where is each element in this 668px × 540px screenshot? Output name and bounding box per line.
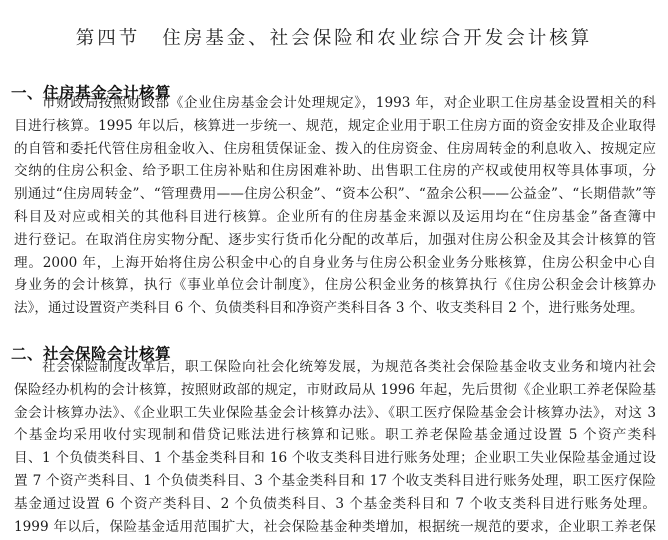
text-line: 理。2000 年，上海开始将住房公积金中心的自身业务与住房公积金业务分账核算，住… <box>14 252 656 275</box>
text-line: 交纳的住房公积金、给予职工住房补贴和住房困难补助、出售职工住房的产权或使用权等具… <box>14 160 656 183</box>
text-line: 法》，通过设置资产类科目 6 个、负债类科目和净资产类科目各 3 个、收支类科目… <box>14 297 656 320</box>
text-line: 市财政局按照财政部《企业住房基金会计处理规定》，1993 年，对企业职工住房基金… <box>14 92 656 115</box>
paragraph-social-insurance: 社会保险制度改革后，职工保险向社会化统筹发展，为规范各类社会保险基金收支业务和境… <box>14 356 656 538</box>
text-line: 个基金均采用收付实现制和借贷记账法进行核算和记账。职工养老保险基金通过设置 5 … <box>14 424 656 447</box>
text-line: 社会保险制度改革后，职工保险向社会化统筹发展，为规范各类社会保险基金收支业务和境… <box>14 356 656 379</box>
text-line: 目进行核算。1995 年以后，核算进一步统一、规范，规定企业用于职工住房方面的资… <box>14 115 656 138</box>
text-line: 1999 年以后，保险基金适用范围扩大，社会保险基金种类增加，根据统一规范的要求… <box>14 516 656 539</box>
text-line: 别通过“住房周转金”、“管理费用——住房公积金”、“资本公积”、“盈余公积——公… <box>14 183 656 206</box>
text-line: 进行登记。在取消住房实物分配、逐步实行货币化分配的改革后，加强对住房公积金及其会… <box>14 229 656 252</box>
section-number: 第四节 <box>76 28 141 49</box>
text-line: 目、1 个负债类科目、1 个基金类科目和 16 个收支类科目进行账务处理；企业职… <box>14 447 656 470</box>
section-title-text: 住房基金、社会保险和农业综合开发会计核算 <box>162 28 592 49</box>
page-title: 第四节住房基金、社会保险和农业综合开发会计核算 <box>0 24 668 50</box>
text-line: 科目及对应或相关的其他科目进行核算。企业所有的住房基金来源以及运用均在“住房基金… <box>14 206 656 229</box>
paragraph-housing-fund: 市财政局按照财政部《企业住房基金会计处理规定》，1993 年，对企业职工住房基金… <box>14 92 656 320</box>
text-line: 置 7 个资产类科目、1 个负债类科目、3 个基金类科目和 17 个收支类科目进… <box>14 470 656 493</box>
text-line: 身业务的会计核算，执行《事业单位会计制度》，住房公积金业务的核算执行《住房公积金… <box>14 274 656 297</box>
text-line: 的自管和委托代管住房租金收入、住房租赁保证金、拨入的住房资金、住房周转金的利息收… <box>14 138 656 161</box>
text-line: 保险经办机构的会计核算，按照财政部的规定，市财政局从 1996 年起，先后贯彻《… <box>14 379 656 402</box>
text-line: 基金通过设置 6 个资产类科目、2 个负债类科目、3 个基金类科目和 7 个收支… <box>14 493 656 516</box>
text-line: 金会计核算办法》、《企业职工失业保险基金会计核算办法》、《职工医疗保险基金会计核… <box>14 402 656 425</box>
